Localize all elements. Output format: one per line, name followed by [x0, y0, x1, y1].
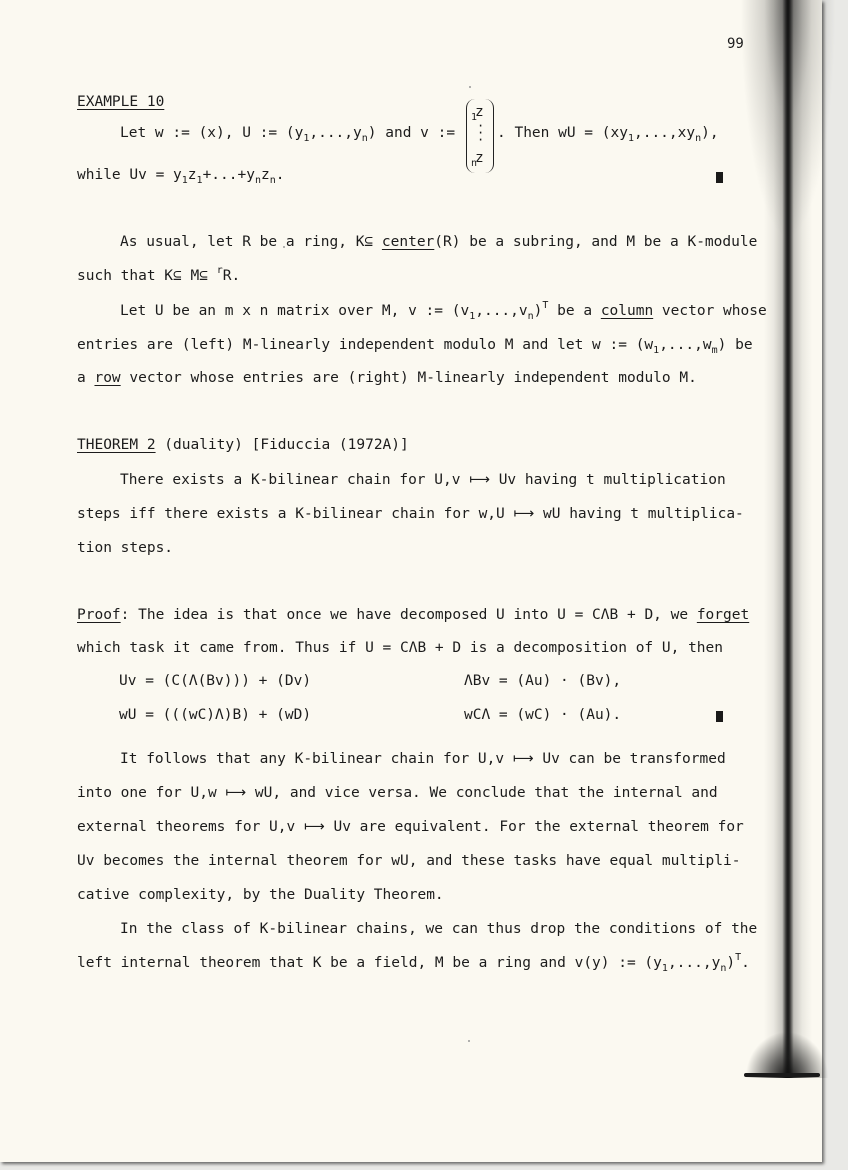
- binding-shadow-base: [744, 1073, 820, 1077]
- text: while Uv = y: [77, 167, 182, 183]
- qed-mark: [716, 172, 723, 187]
- class-line-1: In the class of K-bilinear chains, we ca…: [120, 922, 757, 937]
- setup-line-1: As usual, let R be a ring, K⊆ center(R) …: [120, 235, 757, 250]
- equation-abv: ΛBv = (Au) · (Bv),: [464, 674, 621, 689]
- matrix-line-3: a row vector whose entries are (right) M…: [77, 371, 697, 386]
- proof-line-1: Proof: The idea is that once we have dec…: [77, 608, 749, 623]
- column-underlined: column: [601, 303, 653, 319]
- proof-label: Proof: [77, 607, 121, 623]
- matrix-line-1: Let U be an m x n matrix over M, v := (v…: [120, 304, 767, 319]
- text: ) and v :=: [368, 125, 455, 141]
- proof-line-2: which task it came from. Thus if U = CΛB…: [77, 641, 723, 656]
- binding-shadow-foot: [744, 1030, 830, 1078]
- setup-line-2: such that K⊆ M⊆ rR.: [77, 269, 240, 284]
- example-line-2: while Uv = y1z1+...+ynzn.: [77, 168, 284, 183]
- follows-line-2: into one for U,w ⟼ wU, and vice versa. W…: [77, 786, 718, 801]
- theorem-label: THEOREM 2: [77, 437, 156, 453]
- forget-underlined: forget: [697, 607, 749, 623]
- text: ,...,xy: [634, 125, 695, 141]
- follows-line-3: external theorems for U,v ⟼ Uv are equiv…: [77, 820, 744, 835]
- vertical-ellipsis: ···: [477, 123, 484, 144]
- text: . Then wU = (xy: [497, 125, 628, 141]
- follows-line-4: Uv becomes the internal theorem for wU, …: [77, 854, 740, 869]
- text: ),: [701, 125, 718, 141]
- equation-wca: wCΛ = (wC) · (Au).: [464, 708, 621, 723]
- example-then: . Then wU = (xy1,...,xyn),: [497, 126, 719, 141]
- theorem-line-3: tion steps.: [77, 541, 173, 556]
- center-underlined: center: [382, 234, 434, 250]
- matrix-entry-bottom: zn: [471, 151, 477, 166]
- scan-speck: [468, 1040, 470, 1042]
- follows-line-1: It follows that any K-bilinear chain for…: [120, 752, 726, 767]
- text: Let w := (x), U := (y: [120, 125, 303, 141]
- equation-uv: Uv = (C(Λ(Bv))) + (Dv): [119, 674, 311, 689]
- scanned-page: 99 EXAMPLE 10 Let w := (x), U := (y1,...…: [0, 0, 822, 1162]
- binding-shadow: [764, 0, 812, 1078]
- column-vector-z: z1 ··· zn: [466, 99, 494, 173]
- equation-wu: wU = (((wC)Λ)B) + (wD): [119, 708, 311, 723]
- follows-line-5: cative complexity, by the Duality Theore…: [77, 888, 444, 903]
- example-heading: EXAMPLE 10: [77, 95, 164, 110]
- theorem-line-1: There exists a K-bilinear chain for U,v …: [120, 473, 726, 488]
- matrix-entry-top: z1: [471, 105, 477, 120]
- page-number: 99: [727, 36, 744, 52]
- text: ,...,y: [309, 125, 361, 141]
- class-line-2: left internal theorem that K be a field,…: [77, 956, 750, 971]
- example-line-1: Let w := (x), U := (y1,...,yn) and v :=: [120, 126, 455, 141]
- scan-speck: [469, 86, 471, 88]
- theorem-line-2: steps iff there exists a K-bilinear chai…: [77, 507, 744, 522]
- matrix-line-2: entries are (left) M-linearly independen…: [77, 338, 753, 353]
- qed-mark: [716, 711, 723, 726]
- row-underlined: row: [94, 370, 120, 386]
- theorem-heading: THEOREM 2 (duality) [Fiduccia (1972A)]: [77, 438, 409, 453]
